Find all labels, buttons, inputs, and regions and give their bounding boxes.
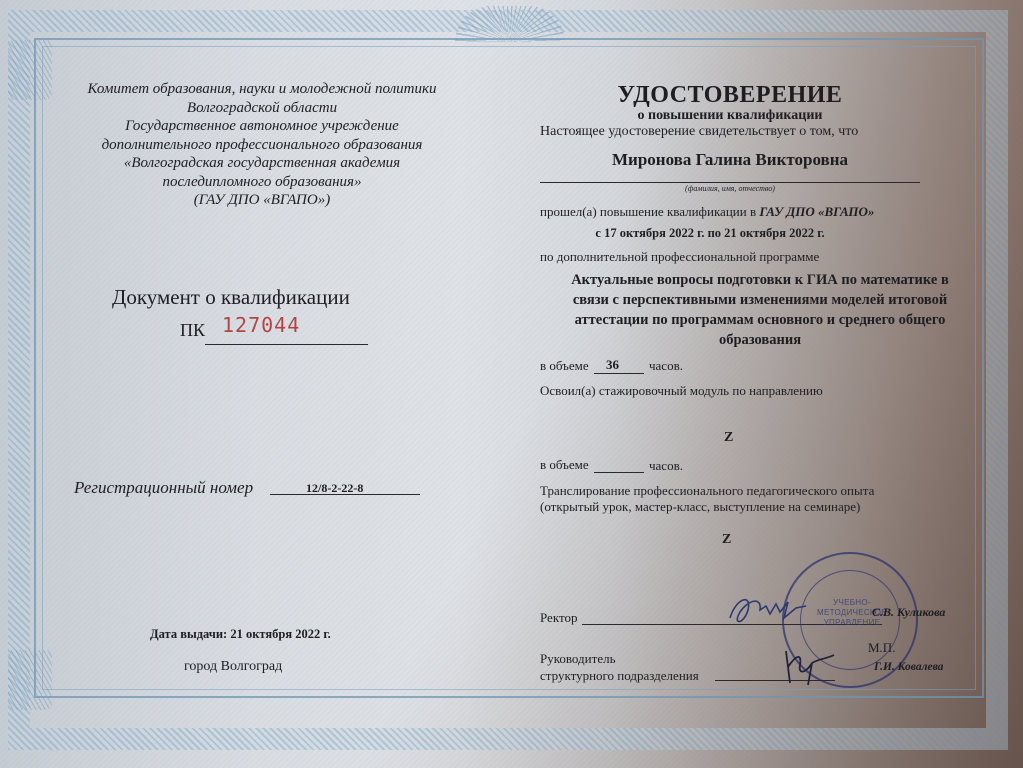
registration-number: 12/8-2-22-8 <box>306 481 363 496</box>
issuer-line: «Волгоградская государственная академия <box>62 154 462 173</box>
series-underline <box>205 344 368 345</box>
program-line: аттестации по программам основного и сре… <box>545 310 975 330</box>
city: город Волгоград <box>184 659 282 675</box>
passed-organization: ГАУ ДПО «ВГАПО» <box>759 204 874 219</box>
top-crest-ornament <box>455 6 565 42</box>
volume-hours: 36 <box>606 357 619 373</box>
hours2-unit: часов. <box>649 458 683 474</box>
passed-text: прошел(а) повышение квалификации в <box>540 204 759 219</box>
issuer-line: дополнительного профессионального образо… <box>62 136 462 155</box>
certificate-intro: Настоящее удостоверение свидетельствует … <box>540 124 858 140</box>
holder-full-name: Миронова Галина Викторовна <box>540 150 920 170</box>
broadcast-line: (открытый урок, мастер-класс, выступлени… <box>540 499 874 515</box>
head-label-line: Руководитель <box>540 650 699 667</box>
head-label: Руководитель структурного подразделения <box>540 650 699 684</box>
document-title: Документ о квалификации <box>112 285 350 310</box>
corner-ornament-bottom-left <box>8 650 52 710</box>
seal-label: М.П. <box>868 640 895 656</box>
name-underline <box>540 182 920 183</box>
head-name: Г.И. Ковалева <box>874 661 943 673</box>
series-label: ПК <box>180 320 205 341</box>
volume2-underline <box>594 472 644 473</box>
issuer-line: Комитет образования, науки и молодежной … <box>62 80 462 99</box>
issue-date: Дата выдачи: 21 октября 2022 г. <box>150 627 331 642</box>
issuer-line: (ГАУ ДПО «ВГАПО») <box>62 191 462 210</box>
program-intro: по дополнительной профессиональной прогр… <box>540 249 819 265</box>
issuer-block: Комитет образования, науки и молодежной … <box>62 80 462 210</box>
program-line: связи с перспективными изменениями модел… <box>545 290 975 310</box>
training-period: с 17 октября 2022 г. по 21 октября 2022 … <box>540 226 880 241</box>
volume-underline <box>594 373 644 374</box>
issuer-line: Государственное автономное учреждение <box>62 117 462 136</box>
head-signature-icon <box>778 645 838 690</box>
registration-label: Регистрационный номер <box>74 478 253 498</box>
issuer-line: последипломного образования» <box>62 173 462 192</box>
rector-name: С.В. Куликова <box>872 605 945 620</box>
corner-ornament-top-left <box>8 40 52 100</box>
hours-unit: часов. <box>649 358 683 374</box>
issuer-line: Волгоградской области <box>62 99 462 118</box>
certificate-subtitle: о повышении квалификации <box>540 108 920 124</box>
head-label-line: структурного подразделения <box>540 667 699 684</box>
volume-label: в объеме <box>540 358 589 374</box>
program-title: Актуальные вопросы подготовки к ГИА по м… <box>545 270 975 350</box>
internship-mark: Z <box>724 430 733 446</box>
name-caption: (фамилия, имя, отчество) <box>540 184 920 193</box>
volume2-label: в объеме <box>540 457 589 473</box>
broadcast-line: Транслирование профессионального педагог… <box>540 483 874 499</box>
program-line: Актуальные вопросы подготовки к ГИА по м… <box>545 270 975 290</box>
passed-statement: прошел(а) повышение квалификации в ГАУ Д… <box>540 204 874 220</box>
certificate-title: УДОСТОВЕРЕНИЕ <box>540 82 920 109</box>
rector-label: Ректор <box>540 610 577 626</box>
broadcast-mark: Z <box>722 532 731 548</box>
series-number: 127044 <box>222 313 300 337</box>
broadcast-text: Транслирование профессионального педагог… <box>540 483 874 515</box>
internship-text: Освоил(а) стажировочный модуль по направ… <box>540 383 823 399</box>
program-line: образования <box>545 330 975 350</box>
